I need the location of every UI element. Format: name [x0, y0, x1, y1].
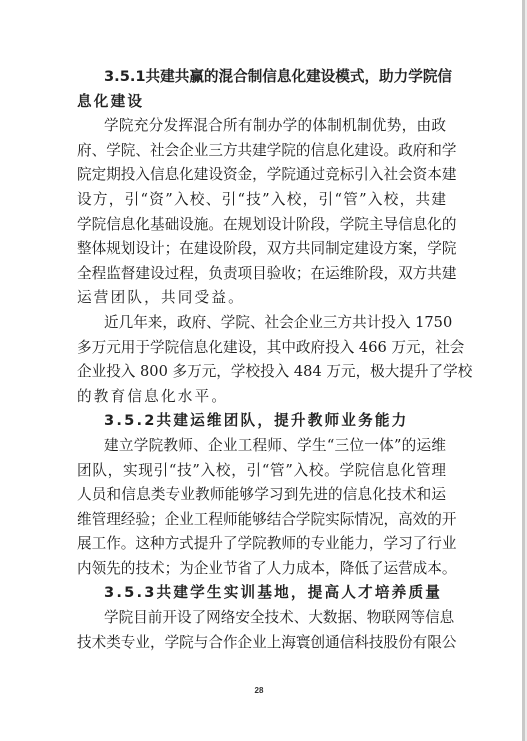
- document-page: 3.5.1共建共赢的混合制信息化建设模式，助力学院信 息化建设 学院充分发挥混合…: [0, 0, 522, 741]
- paragraph-line: 团队，实现引“技”入校，引“管”入校。学院信息化管理: [77, 459, 446, 484]
- paragraph-line: 的教育信息化水平。: [77, 385, 446, 410]
- section-heading-3-5-3: 3.5.3共建学生实训基地，提高人才培养质量: [77, 581, 446, 606]
- page-body: 3.5.1共建共赢的混合制信息化建设模式，助力学院信 息化建设 学院充分发挥混合…: [77, 65, 446, 655]
- paragraph-line: 整体规划设计；在建设阶段，双方共同制定建设方案，学院: [77, 237, 446, 262]
- paragraph-line: 院定期投入信息化建设资金，学院通过竞标引入社会资本建: [77, 163, 446, 188]
- paragraph-line: 近几年来，政府、学院、社会企业三方共计投入 1750: [77, 311, 446, 336]
- paragraph-line: 多万元用于学院信息化建设，其中政府投入 466 万元，社会: [77, 336, 446, 361]
- paragraph-line: 维管理经验；企业工程师能够结合学院实际情况，高效的开: [77, 508, 446, 533]
- paragraph-line: 展工作。这种方式提升了学院教师的专业能力，学习了行业: [77, 532, 446, 557]
- paragraph-line: 府、学院、社会企业三方共建学院的信息化建设。政府和学: [77, 139, 446, 164]
- page-number: 28: [252, 686, 266, 695]
- paragraph-line: 内领先的技术；为企业节省了人力成本，降低了运营成本。: [77, 557, 446, 582]
- paragraph-line: 学院信息化基础设施。在规划设计阶段，学院主导信息化的: [77, 213, 446, 238]
- section-heading-3-5-1-cont: 息化建设: [77, 90, 446, 115]
- paragraph-line: 企业投入 800 多万元，学校投入 484 万元，极大提升了学校: [77, 360, 446, 385]
- paragraph-line: 学院目前开设了网络安全技术、大数据、物联网等信息: [77, 606, 446, 631]
- section-heading-3-5-2: 3.5.2共建运维团队，提升教师业务能力: [77, 409, 446, 434]
- paragraph-line: 技术类专业，学院与合作企业上海寰创通信科技股份有限公: [77, 631, 446, 656]
- paragraph-line: 学院充分发挥混合所有制办学的体制机制优势，由政: [77, 114, 446, 139]
- paragraph-line: 全程监督建设过程，负责项目验收；在运维阶段，双方共建: [77, 262, 446, 287]
- paragraph-line: 人员和信息类专业教师能够学习到先进的信息化技术和运: [77, 483, 446, 508]
- paragraph-line: 建立学院教师、企业工程师、学生“三位一体”的运维: [77, 434, 446, 459]
- paragraph-line: 设方，引“资”入校、引“技”入校，引“管”入校，共建: [77, 188, 446, 213]
- section-heading-3-5-1: 3.5.1共建共赢的混合制信息化建设模式，助力学院信: [77, 65, 446, 90]
- paragraph-line: 运营团队，共同受益。: [77, 286, 446, 311]
